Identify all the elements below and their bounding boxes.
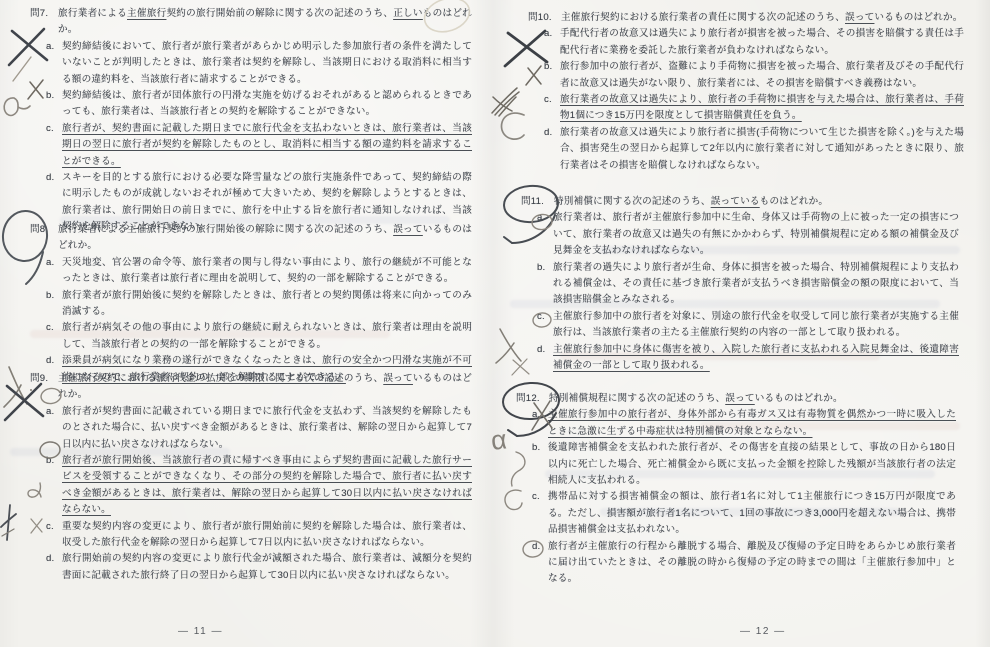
option-letter: c.: [537, 309, 545, 325]
option-text: 旅行開始前の契約内容の変更により旅行代金が減額された場合、旅行業者は、減額分を契…: [62, 553, 472, 580]
option-c: c.重要な契約内容の変更により、旅行者が旅行開始前に契約を解除した場合は、旅行業…: [30, 519, 472, 552]
option-a: a.旅行者が契約書面に記載されている期日までに旅行代金を支払わず、当該契約を解除…: [30, 404, 472, 453]
question-label: 問9.: [30, 371, 48, 387]
option-text: 旅行者が、契約書面に記載した期日までに旅行代金を支払わないときは、旅行業者は、当…: [62, 123, 472, 167]
option-letter: c.: [46, 519, 54, 535]
option-letter: a.: [46, 39, 54, 55]
option-letter: a.: [46, 255, 54, 271]
option-d: d.旅行開始前の契約内容の変更により旅行代金が減額された場合、旅行業者は、減額分…: [30, 551, 472, 584]
question-label: 問12.: [516, 391, 540, 407]
page-11: 問7.旅行業者による主催旅行契約の旅行開始前の解除に関する次の記述のうち、正しい…: [0, 0, 495, 647]
page-number: — 12 —: [740, 626, 786, 637]
question-label: 問11.: [521, 194, 544, 210]
question-12: 問12.特別補償規程に関する次の記述のうち、誤っているものはどれか。 a.主催旅…: [516, 391, 956, 588]
option-text: 主催旅行参加中の旅行者を対象に、別途の旅行代金を収受して同じ旅行業者が実施する主…: [553, 311, 959, 338]
question-stem: 問12.特別補償規程に関する次の記述のうち、誤っているものはどれか。: [516, 391, 956, 407]
option-b: b.旅行参加中の旅行者が、盗難により手荷物に損害を被った場合、旅行業者及びその手…: [528, 59, 964, 92]
option-a: a.契約締結後において、旅行者が旅行業者があらかじめ明示した参加旅行者の条件を満…: [30, 39, 472, 88]
option-letter: a.: [544, 26, 552, 42]
question-stem: 問9.主催旅行契約における旅行代金の払戻しの期限に関する次の記述のうち、誤ってい…: [30, 371, 472, 404]
option-letter: c.: [46, 121, 54, 137]
scanned-exam-sheet: 問7.旅行業者による主催旅行契約の旅行開始前の解除に関する次の記述のうち、正しい…: [0, 0, 990, 647]
option-a: a.主催旅行参加中の旅行者が、身体外部から有毒ガス又は有毒物質を偶然かつ一時に吸…: [516, 407, 956, 440]
option-a: a.旅行業者は、旅行者が主催旅行参加中に生命、身体又は手荷物の上に被った一定の損…: [521, 210, 959, 259]
page-number: — 11 —: [178, 626, 223, 637]
question-7: 問7.旅行業者による主催旅行契約の旅行開始前の解除に関する次の記述のうち、正しい…: [30, 6, 472, 236]
question-label: 問8.: [30, 222, 48, 238]
question-label: 問10.: [528, 10, 552, 26]
option-letter: d.: [544, 125, 552, 141]
option-letter: c.: [544, 92, 552, 108]
option-letter: b.: [46, 453, 54, 469]
option-text: 旅行業者の故意又は過失により旅行者に損害(手荷物について生じた損害を除く。)を与…: [560, 127, 964, 171]
option-c: c.旅行業者の故意又は過失により、旅行者の手荷物に損害を与えた場合は、旅行業者は…: [528, 92, 964, 125]
option-letter: a.: [46, 404, 54, 420]
option-letter: d.: [537, 342, 545, 358]
option-text: 旅行者が旅行開始後、当該旅行者の責に帰すべき事由によらず契約書面に記載した旅行サ…: [62, 455, 472, 515]
option-b: b.旅行者が旅行開始後、当該旅行者の責に帰すべき事由によらず契約書面に記載した旅…: [30, 453, 472, 519]
option-c: c.旅行者が病気その他の事由により旅行の継続に耐えられないときは、旅行業者は理由…: [30, 320, 472, 353]
option-letter: c.: [46, 320, 54, 336]
option-b: b.旅行業者が旅行開始後に契約を解除したときは、旅行者との契約関係は将来に向かっ…: [30, 288, 472, 321]
option-text: 契約締結後において、旅行者が旅行業者があらかじめ明示した参加旅行者の条件を満たし…: [62, 41, 472, 85]
option-d: d.旅行業者の故意又は過失により旅行者に損害(手荷物について生じた損害を除く。)…: [528, 125, 964, 174]
option-text: 旅行業者の過失により旅行者が生命、身体に損害を被った場合、特別補償規程により支払…: [553, 262, 959, 306]
option-text: 旅行者が契約書面に記載されている期日までに旅行代金を支払わず、当該契約を解除した…: [62, 406, 472, 450]
option-c: c.主催旅行参加中の旅行者を対象に、別途の旅行代金を収受して同じ旅行業者が実施す…: [521, 309, 959, 342]
option-b: b.契約締結後は、旅行者が団体旅行の円滑な実施を妨げるおそれがあると認められると…: [30, 88, 472, 121]
question-stem-text: 旅行業者による主催旅行契約の旅行開始後の解除に関する次の記述のうち、誤っているも…: [58, 224, 472, 251]
option-letter: d.: [46, 353, 54, 369]
question-stem-text: 特別補償に関する次の記述のうち、誤っているものはどれか。: [554, 196, 828, 207]
question-8: 問8.旅行業者による主催旅行契約の旅行開始後の解除に関する次の記述のうち、誤って…: [30, 222, 472, 386]
option-text: 主催旅行参加中の旅行者が、身体外部から有毒ガス又は有毒物質を偶然かつ一時に吸入し…: [548, 409, 956, 436]
option-b: b.旅行業者の過失により旅行者が生命、身体に損害を被った場合、特別補償規程により…: [521, 260, 959, 309]
question-stem: 問7.旅行業者による主催旅行契約の旅行開始前の解除に関する次の記述のうち、正しい…: [30, 6, 472, 39]
option-letter: a.: [532, 407, 540, 423]
option-text: 旅行業者が旅行開始後に契約を解除したときは、旅行者との契約関係は将来に向かっての…: [62, 290, 472, 317]
option-letter: b.: [46, 88, 54, 104]
option-letter: a.: [537, 210, 545, 226]
option-text: 旅行業者の故意又は過失により、旅行者の手荷物に損害を与えた場合は、旅行業者は、手…: [560, 94, 964, 121]
option-text: 天災地変、官公署の命令等、旅行業者の関与し得ない事由により、旅行の継続が不可能と…: [62, 257, 472, 284]
question-stem: 問11.特別補償に関する次の記述のうち、誤っているものはどれか。: [521, 194, 959, 210]
option-text: 旅行業者は、旅行者が主催旅行参加中に生命、身体又は手荷物の上に被った一定の損害に…: [553, 212, 959, 256]
option-letter: b.: [537, 260, 545, 276]
option-b: b.後遺障害補償金を支払われた旅行者が、その傷害を直接の結果として、事故の日から…: [516, 440, 956, 489]
question-stem: 問10.主催旅行契約における旅行業者の責任に関する次の記述のうち、誤っているもの…: [528, 10, 964, 26]
question-label: 問7.: [30, 6, 48, 22]
question-9: 問9.主催旅行契約における旅行代金の払戻しの期限に関する次の記述のうち、誤ってい…: [30, 371, 472, 584]
question-stem-text: 旅行業者による主催旅行契約の旅行開始前の解除に関する次の記述のうち、正しいものは…: [58, 8, 472, 35]
option-text: 旅行者が病気その他の事由により旅行の継続に耐えられないときは、旅行業者は理由を説…: [62, 322, 472, 349]
option-c: c.携帯品に対する損害補償金の額は、旅行者1名に対して1主催旅行につき15万円が…: [516, 489, 956, 538]
option-text: 重要な契約内容の変更により、旅行者が旅行開始前に契約を解除した場合は、旅行業者は…: [62, 521, 472, 548]
option-letter: d.: [46, 551, 54, 567]
option-letter: d.: [532, 539, 540, 555]
option-text: 手配代行者の故意又は過失により旅行者が損害を被った場合、その損害を賠償する責任は…: [560, 28, 964, 55]
option-letter: c.: [532, 489, 540, 505]
question-11: 問11.特別補償に関する次の記述のうち、誤っているものはどれか。 a.旅行業者は…: [521, 194, 959, 374]
option-letter: d.: [46, 170, 54, 186]
option-letter: b.: [532, 440, 540, 456]
question-stem-text: 主催旅行契約における旅行業者の責任に関する次の記述のうち、誤っているものはどれか…: [561, 12, 963, 23]
option-d: d.主催旅行参加中に身体に傷害を被り、入院した旅行者に支払われる入院見舞金は、後…: [521, 342, 959, 375]
option-c: c.旅行者が、契約書面に記載した期日までに旅行代金を支払わないときは、旅行業者は…: [30, 121, 472, 170]
page-12: 問10.主催旅行契約における旅行業者の責任に関する次の記述のうち、誤っているもの…: [495, 0, 990, 647]
option-d: d.旅行者が主催旅行の行程から離脱する場合、離脱及び復帰の予定日時をあらかじめ旅…: [516, 539, 956, 588]
question-10: 問10.主催旅行契約における旅行業者の責任に関する次の記述のうち、誤っているもの…: [528, 10, 964, 174]
option-text: 旅行参加中の旅行者が、盗難により手荷物に損害を被った場合、旅行業者及びその手配代…: [560, 61, 964, 88]
option-letter: b.: [544, 59, 552, 75]
question-stem-text: 主催旅行契約における旅行代金の払戻しの期限に関する次の記述のうち、誤っているもの…: [58, 373, 472, 400]
option-text: 主催旅行参加中に身体に傷害を被り、入院した旅行者に支払われる入院見舞金は、後遺障…: [553, 344, 959, 371]
option-text: 旅行者が主催旅行の行程から離脱する場合、離脱及び復帰の予定日時をあらかじめ旅行業…: [548, 541, 956, 585]
option-text: 携帯品に対する損害補償金の額は、旅行者1名に対して1主催旅行につき15万円が限度…: [548, 491, 956, 535]
option-a: a.手配代行者の故意又は過失により旅行者が損害を被った場合、その損害を賠償する責…: [528, 26, 964, 59]
option-text: 契約締結後は、旅行者が団体旅行の円滑な実施を妨げるおそれがあると認められるときで…: [62, 90, 472, 117]
option-a: a.天災地変、官公署の命令等、旅行業者の関与し得ない事由により、旅行の継続が不可…: [30, 255, 472, 288]
question-stem: 問8.旅行業者による主催旅行契約の旅行開始後の解除に関する次の記述のうち、誤って…: [30, 222, 472, 255]
option-text: 後遺障害補償金を支払われた旅行者が、その傷害を直接の結果として、事故の日から18…: [548, 442, 956, 486]
question-stem-text: 特別補償規程に関する次の記述のうち、誤っているものはどれか。: [549, 393, 843, 404]
option-letter: b.: [46, 288, 54, 304]
